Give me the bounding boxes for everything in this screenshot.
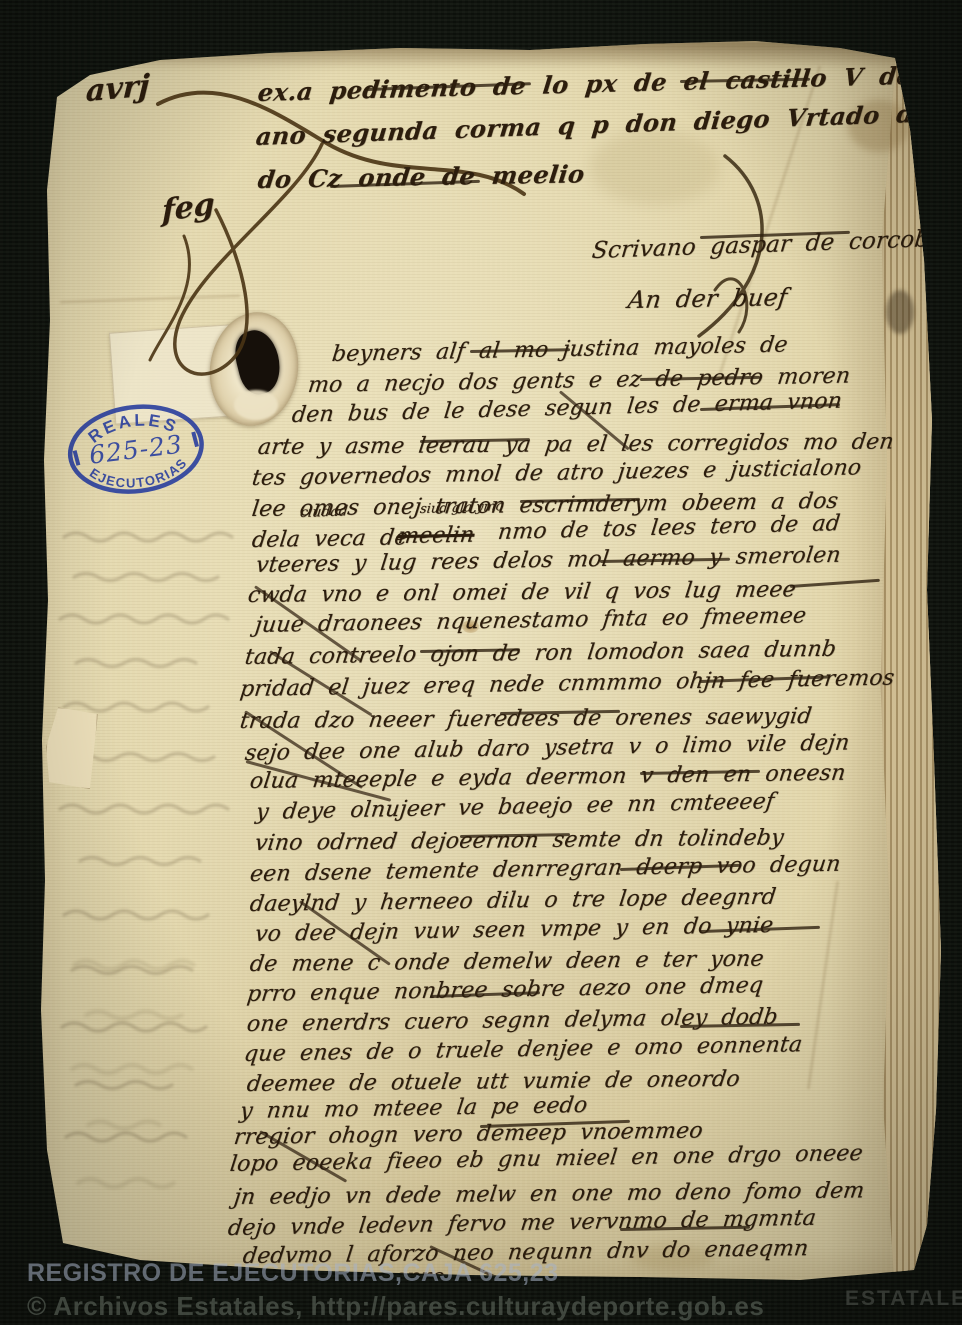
margin-annotation: feg bbox=[162, 186, 214, 229]
manuscript-line: trada dzo neeer fueredees de orenes saew… bbox=[238, 704, 813, 734]
struck-word: meelin bbox=[396, 523, 475, 549]
watermark-corner-fragment: ESTATALES bbox=[845, 1287, 962, 1311]
margin-annotation: avrj bbox=[85, 68, 150, 109]
interlinear-insertion: siud gla ymo bbox=[419, 499, 504, 517]
manuscript-line: deemee de otuele utt vumie de oneordo bbox=[245, 1067, 741, 1097]
archive-stamp: REALES 625-23 EJECUTORIAS bbox=[56, 391, 217, 509]
manuscript-line: dela veca de bbox=[250, 525, 409, 553]
header-line: do Cz onde de meelio bbox=[256, 159, 586, 194]
stamp-tick-right bbox=[193, 432, 197, 447]
bleed-through-text bbox=[58, 945, 248, 1235]
interlinear-insertion: ciudad bbox=[299, 503, 348, 521]
watermark-copyright-url: © Archivos Estatales, http://pares.cultu… bbox=[27, 1291, 764, 1322]
manuscript-page: avrj feg ex.a pedimento de lo px de el c… bbox=[0, 0, 962, 1325]
docket-line: An der buef bbox=[626, 283, 789, 314]
archive-scan-photo: avrj feg ex.a pedimento de lo px de el c… bbox=[0, 0, 962, 1325]
stamp-tick-left bbox=[75, 450, 79, 465]
edge-smudge bbox=[886, 290, 914, 334]
watermark-registro: REGISTRO DE EJECUTORIAS,CAJA 625,23 bbox=[27, 1259, 559, 1288]
